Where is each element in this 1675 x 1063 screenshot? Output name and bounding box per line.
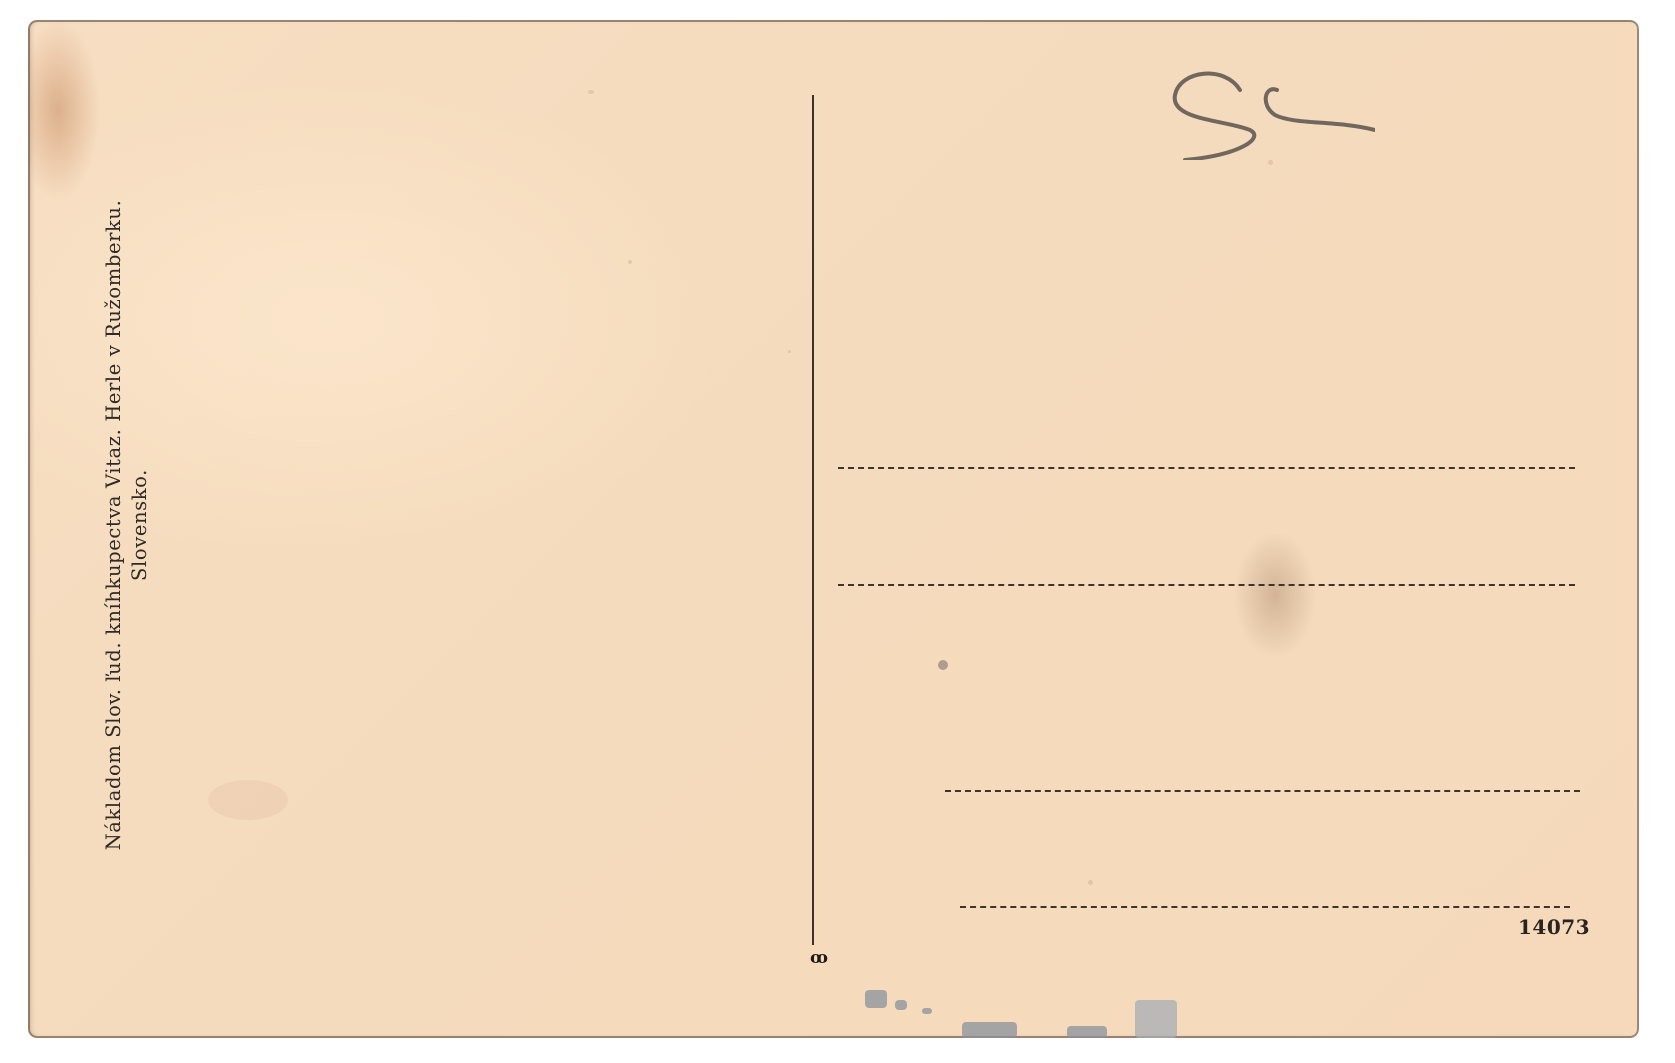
paper-speck xyxy=(628,260,632,264)
paper-speck xyxy=(1268,160,1273,165)
address-line-2 xyxy=(838,584,1575,586)
printer-monogram-icon: ꝏ xyxy=(801,945,833,971)
paper-speck xyxy=(1088,880,1093,885)
serial-number: 14073 xyxy=(1518,915,1590,939)
edge-damage xyxy=(962,1022,1017,1038)
edge-damage xyxy=(1067,1026,1107,1038)
pencil-annotation-sc xyxy=(1165,60,1375,160)
postcard-back xyxy=(28,20,1639,1038)
publisher-imprint-line2: Slovensko. xyxy=(128,120,152,930)
edge-damage xyxy=(1135,1000,1177,1038)
address-line-4 xyxy=(960,906,1570,908)
message-address-divider xyxy=(812,95,814,945)
paper-speck xyxy=(208,780,288,820)
address-line-3 xyxy=(945,790,1580,792)
paper-speck xyxy=(938,660,948,670)
edge-damage xyxy=(922,1008,932,1014)
edge-damage xyxy=(865,990,887,1008)
paper-speck xyxy=(588,90,594,94)
paper-speck xyxy=(788,350,791,353)
edge-damage xyxy=(895,1000,907,1010)
address-line-1 xyxy=(838,467,1575,469)
publisher-imprint: Nákladom Slov. ľud. kníhkupectva Vitaz. … xyxy=(100,120,152,930)
publisher-imprint-line1: Nákladom Slov. ľud. kníhkupectva Vitaz. … xyxy=(100,120,128,930)
